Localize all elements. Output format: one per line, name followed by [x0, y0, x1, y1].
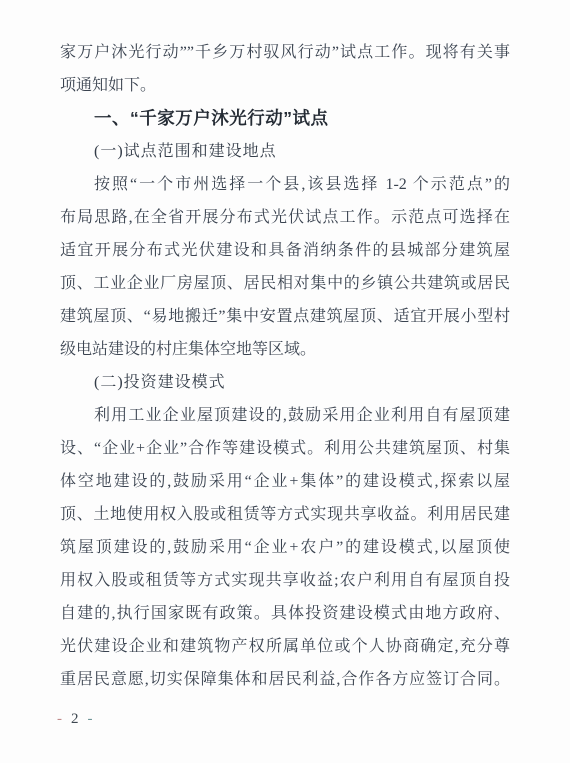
body-line: 筑屋顶建设的,鼓励采用“企业+农户”的建设模式,以屋顶使 [60, 531, 510, 564]
body-line: 项通知如下。 [60, 69, 510, 102]
sub-heading: (二)投资建设模式 [60, 366, 510, 399]
sub-heading: (一)试点范围和建设地点 [60, 135, 510, 168]
body-line: 利用工业企业屋顶建设的,鼓励采用企业利用自有屋顶建 [60, 399, 510, 432]
body-line: 顶、土地使用权入股或租赁等方式实现共享收益。利用居民建 [60, 498, 510, 531]
body-line: 体空地建设的,鼓励采用“企业+集体”的建设模式,探索以屋 [60, 465, 510, 498]
body-line: 重居民意愿,切实保障集体和居民利益,合作各方应签订合同。 [60, 663, 510, 696]
body-line: 按照“一个市州选择一个县,该县选择 1-2 个示范点”的 [60, 168, 510, 201]
page-number: - 2 - [57, 708, 93, 730]
page-number-dash-left: - [57, 708, 62, 730]
body-line: 设、“企业+企业”合作等建设模式。利用公共建筑屋顶、村集 [60, 432, 510, 465]
body-line: 建筑屋顶、“易地搬迁”集中安置点建筑屋顶、适宜开展小型村 [60, 300, 510, 333]
document-page: 家万户沐光行动””千乡万村驭风行动”试点工作。现将有关事 项通知如下。 一、“千… [0, 0, 570, 763]
body-line: 家万户沐光行动””千乡万村驭风行动”试点工作。现将有关事 [60, 36, 510, 69]
body-line: 光伏建设企业和建筑物产权所属单位或个人协商确定,充分尊 [60, 630, 510, 663]
page-number-dash-right: - [88, 708, 93, 730]
body-line: 适宜开展分布式光伏建设和具备消纳条件的县城部分建筑屋 [60, 234, 510, 267]
body-line: 顶、工业企业厂房屋顶、居民相对集中的乡镇公共建筑或居民 [60, 267, 510, 300]
body-line: 自建的,执行国家既有政策。具体投资建设模式由地方政府、 [60, 597, 510, 630]
section-heading: 一、“千家万户沐光行动”试点 [60, 102, 510, 135]
document-text-block: 家万户沐光行动””千乡万村驭风行动”试点工作。现将有关事 项通知如下。 一、“千… [60, 36, 510, 696]
body-line: 级电站建设的村庄集体空地等区域。 [60, 333, 510, 366]
page-number-value: 2 [71, 708, 79, 730]
body-line: 布局思路,在全省开展分布式光伏试点工作。示范点可选择在 [60, 201, 510, 234]
body-line: 用权入股或租赁等方式实现共享收益;农户利用自有屋顶自投 [60, 564, 510, 597]
